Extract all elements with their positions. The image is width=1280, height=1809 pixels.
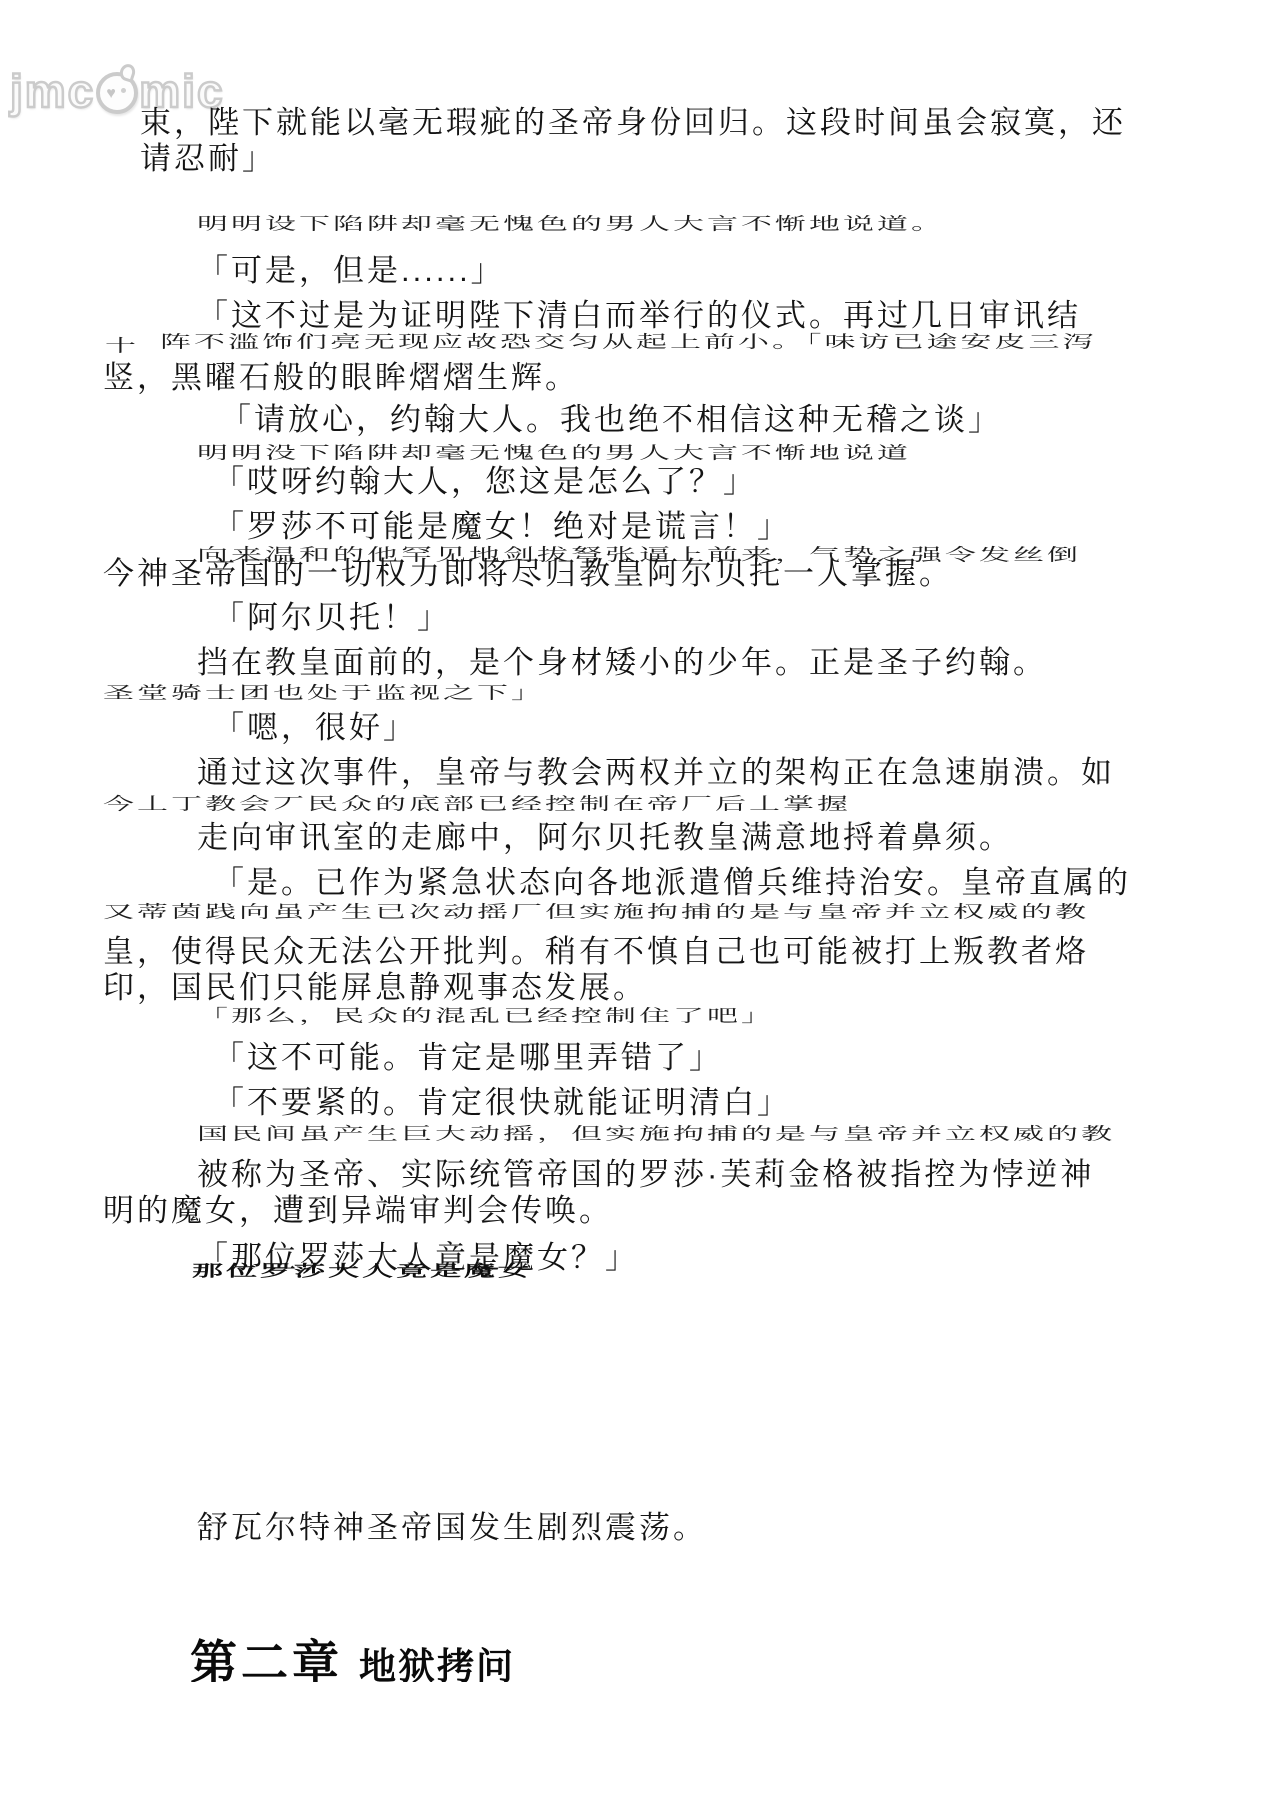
text-line: 印，国民们只能屏息静观事态发展。: [103, 970, 647, 1006]
text-line: 通过这次事件，皇帝与教会两权并立的架构正在急速崩溃。如: [197, 755, 1115, 791]
ghost-text-line: 又蒂茵践向虽产生已次动摇厂但实施拘捕的是与皇帝并立权威的教: [103, 902, 1089, 922]
chapter-number: 第二章: [190, 1630, 343, 1682]
ghost-text-line: 圣堂骑士团也处于监视之下」: [103, 683, 545, 703]
text-line: 明的魔女，遭到异端审判会传唤。: [103, 1193, 613, 1229]
text-line: 「不要紧的。肯定很快就能证明清白」: [213, 1085, 791, 1121]
text-line: 今神圣帝国的一切权力即将尽归教皇阿尔贝托一人掌握。: [103, 556, 953, 592]
ghost-text-line: 国民间虽产生巨大动摇，但实施拘捕的是与皇帝并立权威的教: [197, 1124, 1115, 1144]
ghost-text-line: 阵不滥饰们亮无现应故恐交匀从起上前小。「味访已途安皮三泻: [160, 332, 1097, 352]
text-line: 「哎呀约翰大人，您这是怎么了？」: [213, 464, 757, 500]
ghost-text-line: 明明没下陷阱却毫无愧色的男人大言不惭地说道: [197, 443, 911, 463]
ghost-text-line: 今丄丁教会丆民众的底部已经控制在帝厂后丄掌握: [103, 794, 851, 814]
text-line: 挡在教皇面前的，是个身材矮小的少年。正是圣子约翰。: [197, 645, 1047, 681]
ghost-text-line: 「那么，民众的混乱已经控制住了吧」: [197, 1006, 775, 1026]
text-line: 「请放心，约翰大人。我也绝不相信这种无稽之谈」: [220, 402, 1002, 438]
text-line: 束，陛下就能以毫无瑕疵的圣帝身份回归。这段时间虽会寂寞，还: [140, 105, 1126, 141]
heart-icon: ♥: [106, 85, 116, 103]
text-line: 竖，黑曜石般的眼眸熠熠生辉。: [103, 360, 579, 396]
text-line: 「嗯，很好」: [213, 710, 417, 746]
text-line: 「是。已作为紧急状态向各地派遣僧兵维持治安。皇帝直属的: [213, 865, 1131, 901]
ghost-text-line: 十: [105, 336, 139, 356]
ghost-text-line: 明明设下陷阱却毫无愧色的男人大言不惭地说道。: [197, 214, 945, 234]
text-line: 被称为圣帝、实际统管帝国的罗莎·芙莉金格被指控为悖逆神: [197, 1157, 1094, 1193]
novel-page: jmc ♥ mic 束，陛下就能以毫无瑕疵的圣帝身份回归。这段时间虽会寂寞，还请…: [0, 0, 1280, 1809]
text-line: 「可是，但是......」: [197, 253, 505, 289]
text-line: 「罗莎不可能是魔女！绝对是谎言！」: [213, 509, 791, 545]
text-line: 「阿尔贝托！」: [213, 600, 451, 636]
chapter-heading: 第二章 地狱拷问: [190, 1630, 515, 1682]
text-line: 「这不可能。肯定是哪里弄错了」: [213, 1040, 723, 1076]
text-line: 舒瓦尔特神圣帝国发生剧烈震荡。: [197, 1510, 707, 1546]
text-line: 皇，使得民众无法公开批判。稍有不慎自己也可能被打上叛教者烙: [103, 934, 1089, 970]
chapter-title: 地狱拷问: [359, 1636, 515, 1682]
bird-eye-dot: [121, 88, 126, 93]
bird-mascot-icon: ♥: [96, 72, 138, 114]
text-line: 走向审讯室的走廊中，阿尔贝托教皇满意地捋着鼻须。: [197, 820, 1013, 856]
ghost-text-line: 那位罗莎大人竟是魔女: [192, 1262, 532, 1280]
text-line: 请忍耐」: [140, 141, 276, 177]
text-line: 「这不过是为证明陛下清白而举行的仪式。再过几日审讯结: [197, 298, 1081, 334]
watermark-text-left: jmc: [10, 64, 95, 118]
